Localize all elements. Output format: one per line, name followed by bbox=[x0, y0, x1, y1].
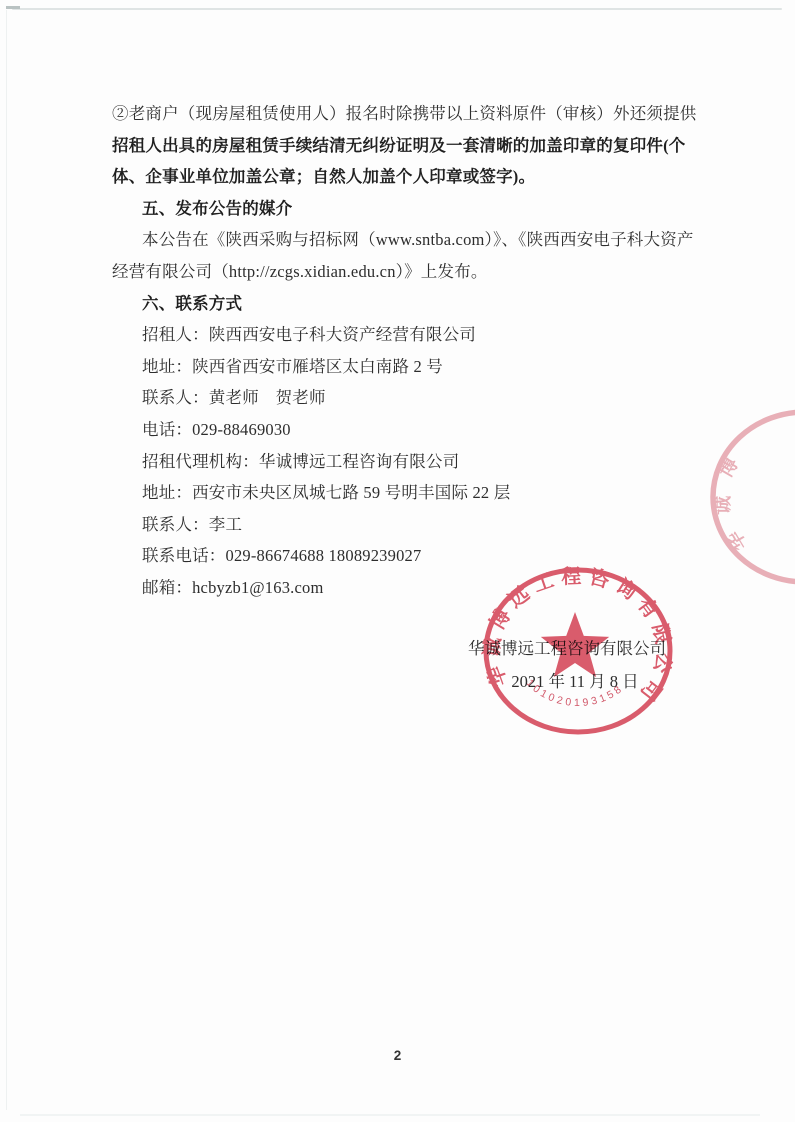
edge-seal-text: 华诚博 bbox=[711, 440, 752, 555]
section-heading-contact: 六、联系方式 bbox=[112, 288, 680, 320]
intro-paragraph-line-2: 招租人出具的房屋租赁手续结清无纠纷证明及一套清晰的加盖印章的复印件(个 bbox=[112, 130, 680, 162]
svg-text:101020193158: 101020193158 bbox=[524, 677, 627, 709]
intro-paragraph-line-3: 体、企事业单位加盖公章；自然人加盖个人印章或签字)。 bbox=[112, 161, 680, 193]
page-number: 2 bbox=[0, 1048, 795, 1063]
company-seal-stamp: 华诚博远工程咨询有限公司 101020193158 bbox=[473, 553, 683, 743]
document-body: ②老商户（现房屋租赁使用人）报名时除携带以上资料原件（审核）外还须提供 招租人出… bbox=[112, 98, 680, 604]
contact-line-lessor-persons: 联系人：黄老师 贺老师 bbox=[112, 382, 680, 414]
edge-partial-stamp: 华诚博 bbox=[690, 392, 795, 602]
seal-serial-number: 101020193158 bbox=[524, 677, 627, 709]
scan-edge-left bbox=[6, 10, 7, 1110]
media-paragraph-line-2: 经营有限公司（http://zcgs.xidian.edu.cn）》上发布。 bbox=[112, 256, 680, 288]
scan-edge-top bbox=[12, 8, 782, 10]
svg-text:华诚博: 华诚博 bbox=[711, 440, 752, 555]
contact-line-lessor-address: 地址：陕西省西安市雁塔区太白南路 2 号 bbox=[112, 351, 680, 383]
intro-paragraph-line-1: ②老商户（现房屋租赁使用人）报名时除携带以上资料原件（审核）外还须提供 bbox=[112, 98, 680, 130]
contact-line-lessor: 招租人：陕西西安电子科大资产经营有限公司 bbox=[112, 319, 680, 351]
scan-edge-corner bbox=[6, 6, 20, 9]
contact-line-agency-person: 联系人：李工 bbox=[112, 509, 680, 541]
section-heading-media: 五、发布公告的媒介 bbox=[112, 193, 680, 225]
media-paragraph-line-1: 本公告在《陕西采购与招标网（www.sntba.com）》、《陕西西安电子科大资… bbox=[112, 224, 680, 256]
contact-line-agency-address: 地址：西安市未央区凤城七路 59 号明丰国际 22 层 bbox=[112, 477, 680, 509]
contact-line-lessor-phone: 电话：029-88469030 bbox=[112, 414, 680, 446]
seal-star-icon bbox=[541, 612, 609, 677]
scanned-document-page: ②老商户（现房屋租赁使用人）报名时除携带以上资料原件（审核）外还须提供 招租人出… bbox=[0, 0, 795, 1122]
scan-edge-bottom bbox=[20, 1114, 760, 1116]
contact-line-agency: 招租代理机构：华诚博远工程咨询有限公司 bbox=[112, 446, 680, 478]
